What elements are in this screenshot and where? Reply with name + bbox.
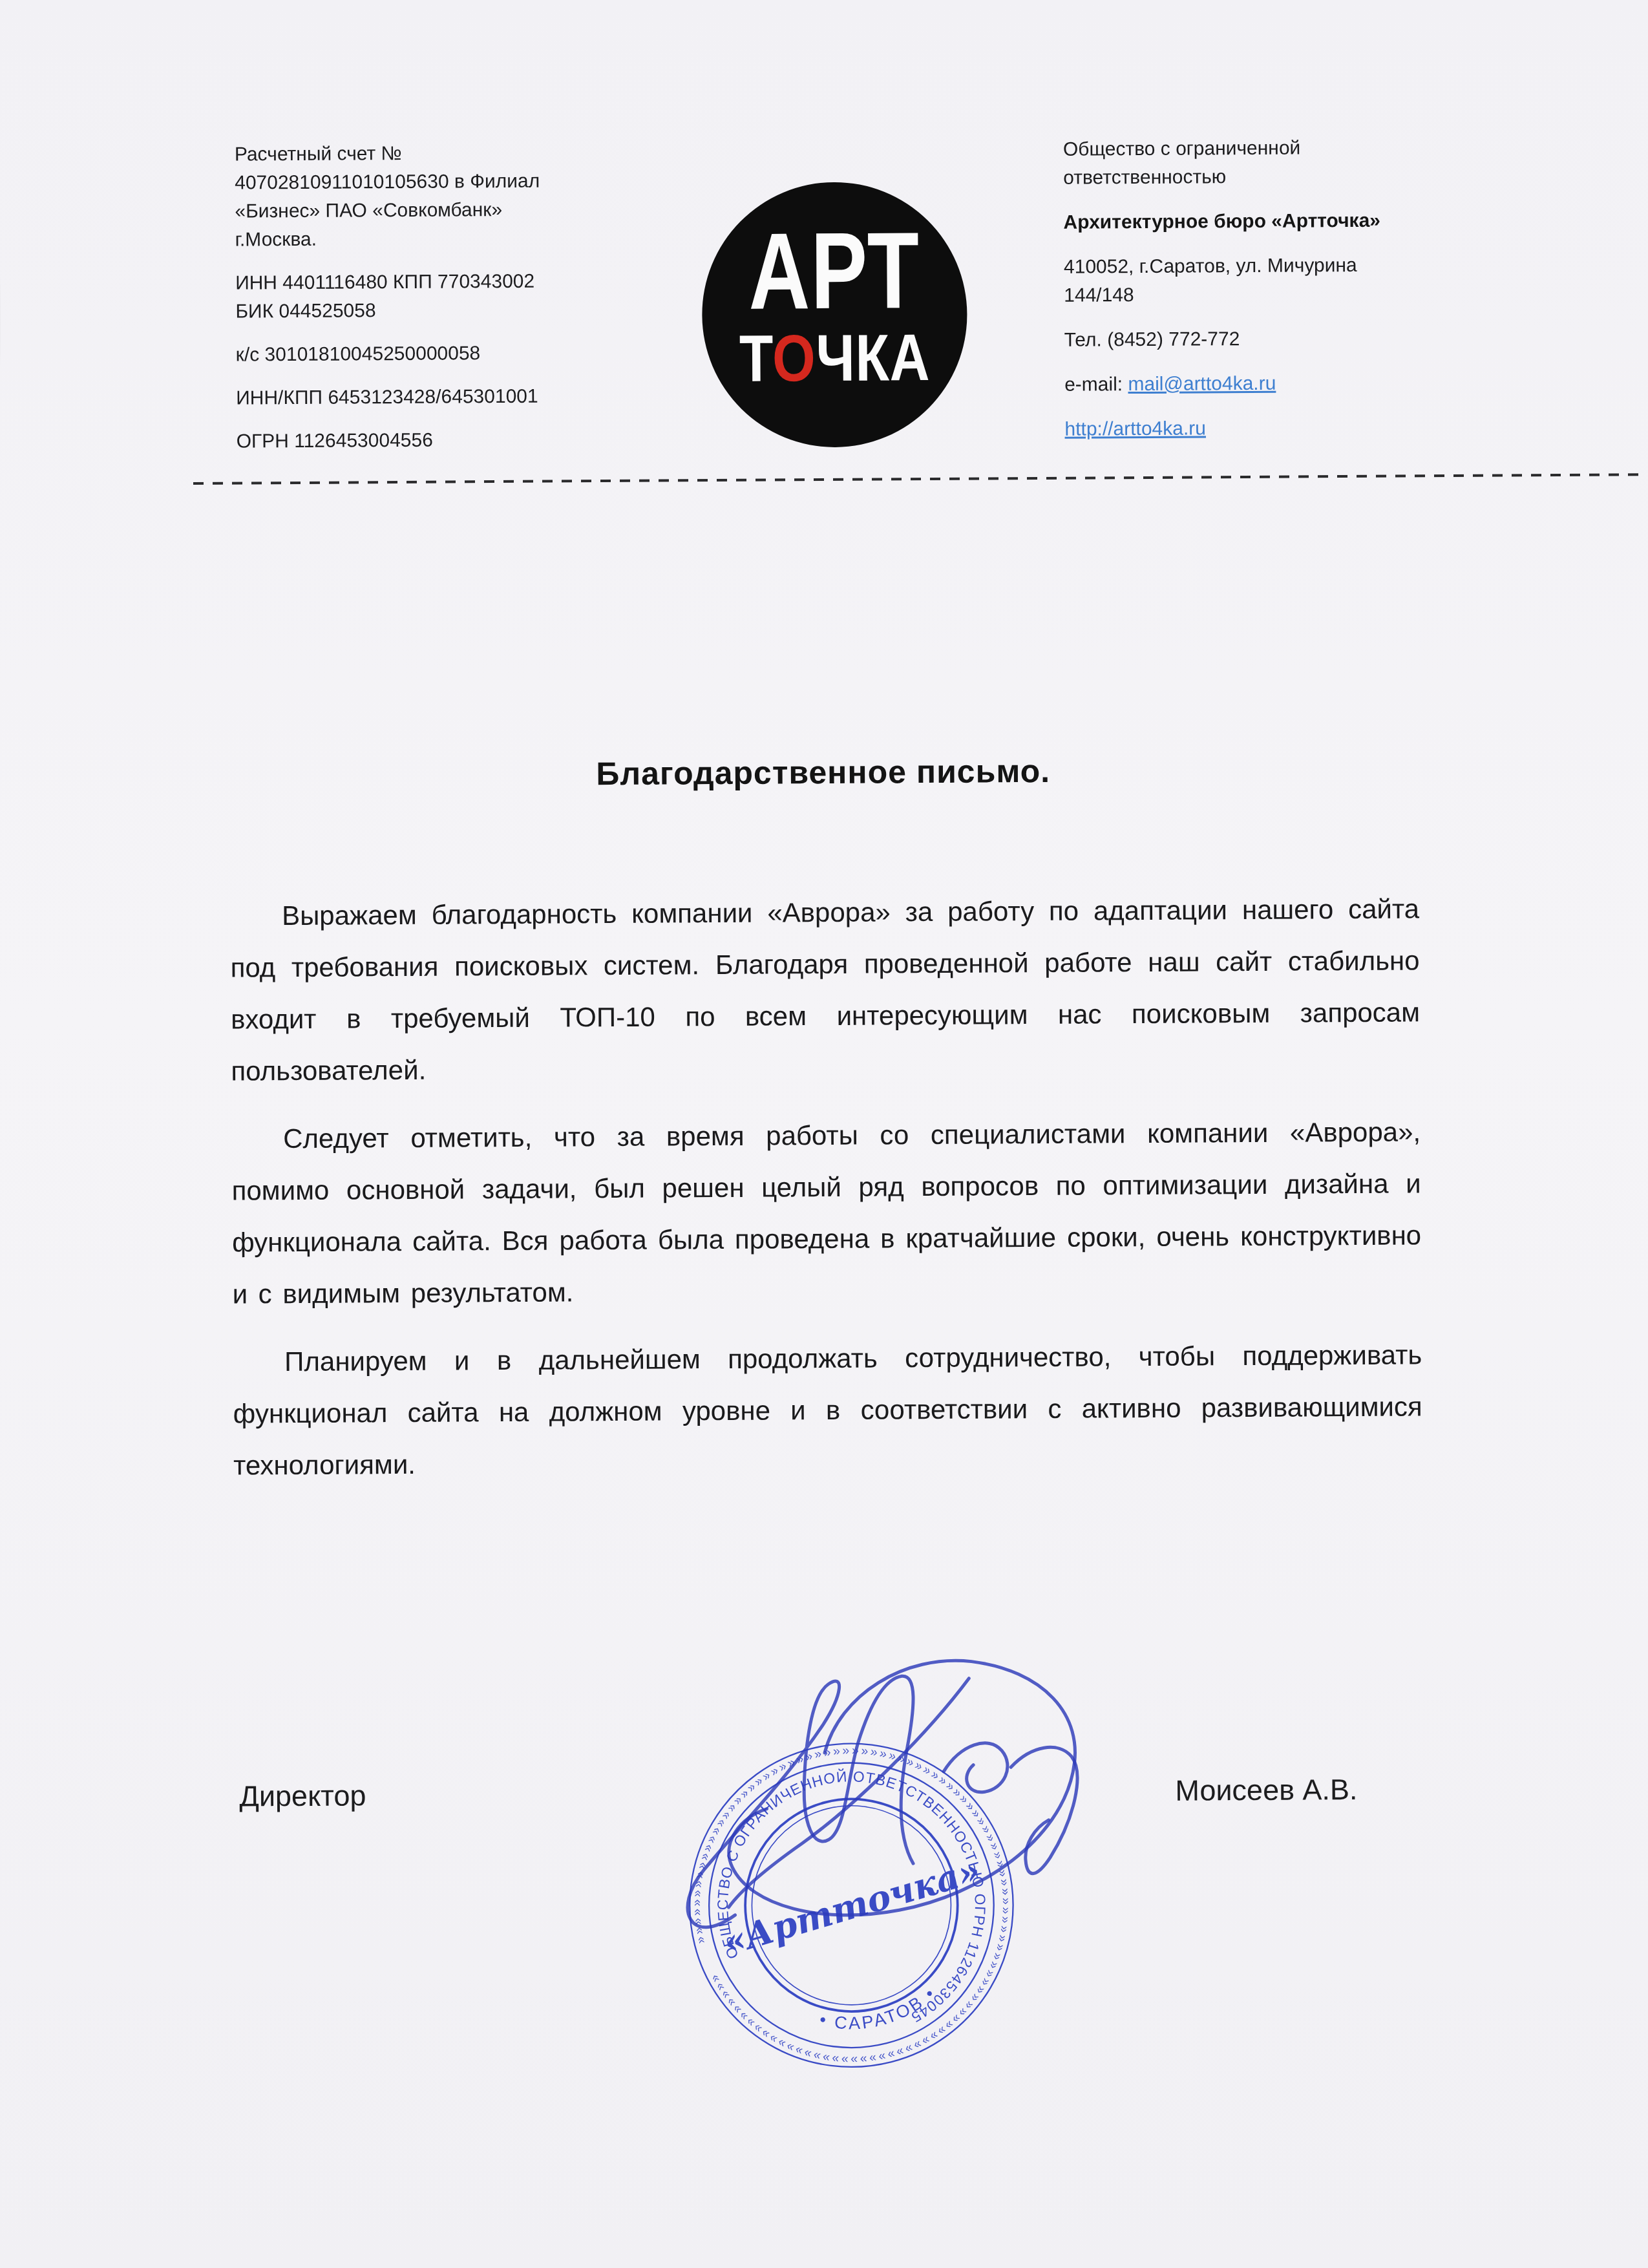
letter-body: Выражаем благодарность компании «Аврора»… bbox=[230, 883, 1423, 1507]
scanner-edge-artifact bbox=[0, 5, 1, 367]
inn-kpp-line: ИНН/КПП 6453123428/645301001 bbox=[236, 382, 650, 413]
header-dashed-separator bbox=[193, 473, 1641, 485]
requisite-line: «Бизнес» ПАО «Совкомбанк» bbox=[235, 195, 648, 226]
logo-text-tochka: ТОЧКА bbox=[739, 326, 931, 390]
website-link[interactable]: http://artto4ka.ru bbox=[1064, 418, 1206, 440]
corr-account-line: к/с 30101810045250000058 bbox=[236, 339, 650, 370]
company-address: 410052, г.Саратов, ул. Мичурина 144/148 bbox=[1064, 250, 1517, 310]
org-form-line: ответственностью bbox=[1063, 161, 1516, 192]
bank-inn-group: ИНН 4401116480 КПП 770343002 БИК 0445250… bbox=[235, 267, 650, 326]
letter-title: Благодарственное письмо. bbox=[0, 748, 1647, 796]
paragraph-1: Выражаем благодарность компании «Аврора»… bbox=[230, 883, 1421, 1097]
bank-account-group: Расчетный счет № 40702810911010105630 в … bbox=[235, 138, 649, 255]
company-name: Архитектурное бюро «Артточка» bbox=[1063, 206, 1516, 237]
requisite-line: БИК 044525058 bbox=[235, 295, 649, 326]
address-line: 144/148 bbox=[1064, 279, 1516, 310]
company-email-row: e-mail: mail@artto4ka.ru bbox=[1064, 368, 1517, 399]
logo-letter-o-red: О bbox=[772, 321, 816, 395]
requisite-line: ИНН 4401116480 КПП 770343002 bbox=[235, 267, 649, 298]
signer-name: Моисеев А.В. bbox=[1175, 1773, 1357, 1808]
signer-role: Директор bbox=[239, 1779, 366, 1813]
logo-letters-chka: ЧКА bbox=[816, 321, 931, 395]
logo-text-art: АРТ bbox=[748, 222, 920, 320]
email-link[interactable]: mail@artto4ka.ru bbox=[1128, 373, 1276, 395]
email-label: e-mail: bbox=[1064, 374, 1128, 396]
company-info-block: Общество с ограниченной ответственностью… bbox=[1063, 132, 1517, 460]
org-form-group: Общество с ограниченной ответственностью bbox=[1063, 132, 1516, 192]
signature-stroke bbox=[686, 1676, 914, 1927]
director-signature bbox=[651, 1653, 1183, 1992]
scan-content: Расчетный счет № 40702810911010105630 в … bbox=[0, 0, 1648, 2268]
ogrn-line: ОГРН 1126453004556 bbox=[236, 425, 650, 456]
company-site-row: http://artto4ka.ru bbox=[1064, 412, 1517, 443]
scanned-letter-page: Расчетный счет № 40702810911010105630 в … bbox=[0, 0, 1648, 2268]
paragraph-2: Следует отметить, что за время работы со… bbox=[231, 1106, 1422, 1320]
bank-requisites-block: Расчетный счет № 40702810911010105630 в … bbox=[235, 138, 650, 471]
org-form-line: Общество с ограниченной bbox=[1063, 132, 1516, 164]
address-line: 410052, г.Саратов, ул. Мичурина bbox=[1064, 250, 1516, 281]
paragraph-3: Планируем и в дальнейшем продолжать сотр… bbox=[233, 1329, 1422, 1491]
company-phone: Тел. (8452) 772-772 bbox=[1064, 323, 1517, 354]
requisite-line: 40702810911010105630 в Филиал bbox=[235, 167, 648, 198]
requisite-line: г.Москва. bbox=[235, 224, 649, 255]
requisite-line: Расчетный счет № bbox=[235, 138, 648, 169]
logo-letter-t: Т bbox=[739, 321, 773, 395]
artto4ka-logo: АРТ ТОЧКА bbox=[701, 182, 967, 448]
